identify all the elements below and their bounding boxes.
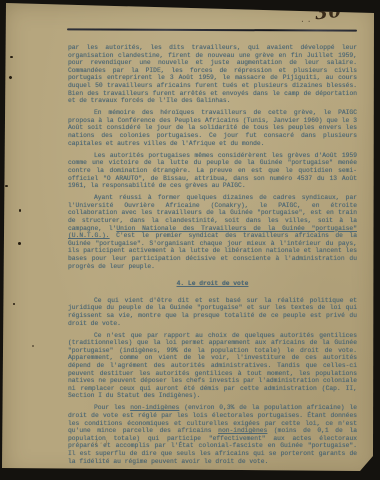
handwriting-dots: ..	[300, 16, 314, 25]
paragraph: Les autorités portugaises mêmes considér…	[68, 152, 357, 190]
underlined-text: 4. Le droit de vote	[177, 280, 249, 287]
paragraph: Ce qui vient d'être dit et est basé sur …	[68, 297, 357, 327]
paragraph: Pour les non-indigènes (environ 0,3% de …	[68, 404, 357, 465]
paragraph: Ce n'est que par rapport au choix de que…	[68, 332, 357, 400]
ink-speck	[18, 242, 21, 245]
text-run: Ce n'est que par rapport au choix de que…	[68, 332, 357, 400]
text-run: Pour les	[94, 404, 130, 411]
ink-speck	[13, 303, 15, 305]
ink-speck	[8, 75, 12, 79]
ink-speck	[5, 185, 8, 187]
underlined-text: non-indigènes	[218, 427, 267, 434]
ink-speck	[32, 345, 34, 347]
handwritten-page-number: 30	[314, 1, 343, 25]
ink-speck	[19, 209, 21, 212]
document-text: par les autorités, les dits travailleurs…	[68, 44, 357, 470]
text-run: En mémoire des héroïques travailleurs de…	[68, 109, 357, 146]
underlined-text: non-indigènes	[130, 404, 179, 411]
text-run: par les autorités, les dits travailleurs…	[68, 44, 357, 104]
document-page: .. 30 par les autorités, les dits travai…	[0, 0, 380, 480]
section-heading: 4. Le droit de vote	[68, 280, 357, 288]
ink-speck	[10, 56, 13, 58]
paragraph: par les autorités, les dits travailleurs…	[68, 44, 357, 105]
scanned-document: .. 30 par les autorités, les dits travai…	[0, 0, 380, 480]
horizontal-rule	[67, 28, 357, 31]
text-run: Ce qui vient d'être dit et est basé sur …	[68, 297, 357, 327]
text-run: C'est le premier syndicat des travailleu…	[68, 232, 357, 269]
paragraph: En mémoire des héroïques travailleurs de…	[68, 109, 357, 147]
text-run: Les autorités portugaises mêmes considér…	[68, 152, 357, 189]
paragraph: Ayant réussi à former quelques dizaines …	[68, 194, 357, 270]
